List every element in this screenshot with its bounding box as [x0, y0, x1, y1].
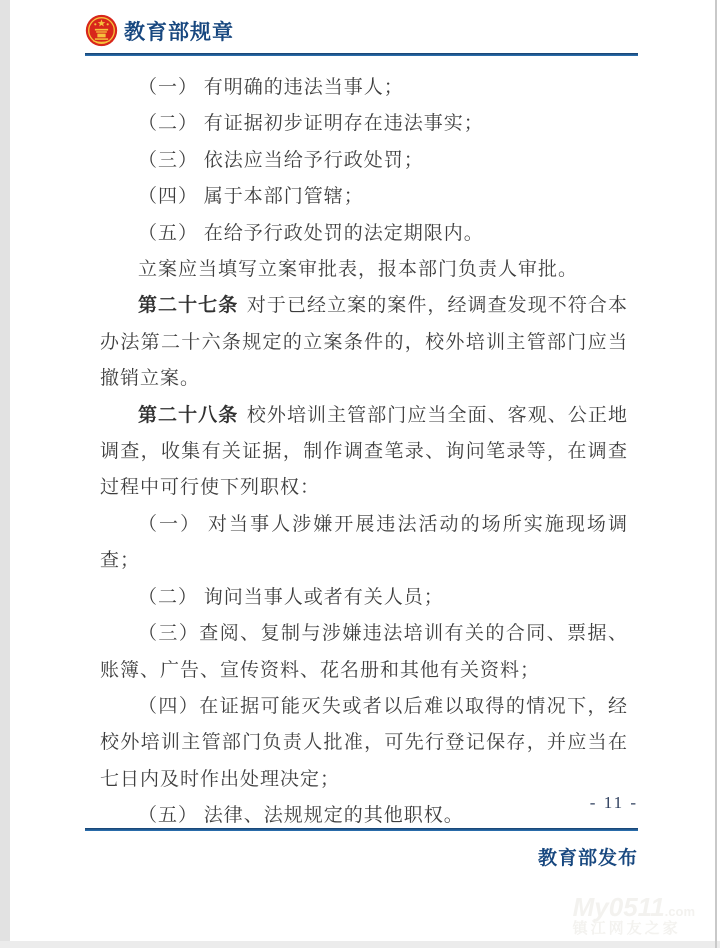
document-page: 教育部规章 （一） 有明确的违法当事人； （二） 有证据初步证明存在违法事实； … [10, 0, 715, 941]
paragraph: 立案应当填写立案审批表，报本部门负责人审批。 [100, 252, 628, 288]
paragraph-list-item: （一） 对当事人涉嫌开展违法活动的场所实施现场调查； [100, 507, 628, 580]
paragraph-list-item: （五） 在给予行政处罚的法定期限内。 [100, 216, 628, 252]
header-rule [85, 53, 638, 56]
header-title: 教育部规章 [124, 16, 234, 46]
paragraph-list-item: （三） 依法应当给予行政处罚； [100, 143, 628, 179]
paragraph-list-item: （二） 有证据初步证明存在违法事实； [100, 106, 628, 142]
document-body: （一） 有明确的违法当事人； （二） 有证据初步证明存在违法事实； （三） 依法… [100, 70, 628, 835]
paragraph-list-item: （四） 属于本部门管辖； [100, 179, 628, 215]
paragraph-article-28: 第二十八条校外培训主管部门应当全面、客观、公正地调查，收集有关证据，制作调查笔录… [100, 398, 628, 507]
paragraph-list-item: （二） 询问当事人或者有关人员； [100, 580, 628, 616]
page-edge-bottom [0, 941, 720, 948]
publisher-label: 教育部发布 [538, 843, 638, 870]
footer-rule [85, 828, 638, 831]
national-emblem-icon [85, 14, 118, 47]
article-number: 第二十七条 [138, 295, 238, 316]
paragraph-list-item: （三）查阅、复制与涉嫌违法培训有关的合同、票据、账簿、广告、宣传资料、花名册和其… [100, 616, 628, 689]
page-header: 教育部规章 [85, 14, 638, 47]
paragraph-list-item: （一） 有明确的违法当事人； [100, 70, 628, 106]
page-edge-right [715, 0, 717, 948]
page-edge-left [0, 0, 10, 948]
site-watermark: My0511.com 镇江网友之家 [573, 894, 695, 937]
article-number: 第二十八条 [138, 405, 238, 426]
paragraph-list-item: （四）在证据可能灭失或者以后难以取得的情况下，经校外培训主管部门负责人批准，可先… [100, 689, 628, 798]
page-number: - 11 - [590, 793, 638, 813]
paragraph-article-27: 第二十七条对于已经立案的案件，经调查发现不符合本办法第二十六条规定的立案条件的，… [100, 288, 628, 397]
